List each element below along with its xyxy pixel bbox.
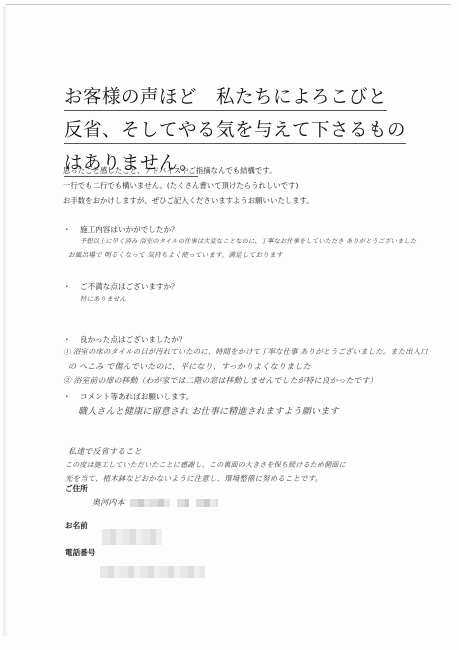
- address-value: 奥河内本: [92, 497, 125, 508]
- bullet: ・: [63, 334, 80, 345]
- handwritten-answer: お風呂場で 明るくなって 気持ちよく使っています。満足しております: [68, 249, 283, 259]
- handwritten-answer: 予想以上に早く済み 浴室のタイルの仕事は大変なことなのに、丁寧なお仕事をしていた…: [80, 236, 416, 245]
- question-comments: ・コメント等あればお願いします。: [63, 391, 193, 402]
- headline-line-2: 反省、そしてやる気を与えて下さるもの: [64, 118, 406, 144]
- bullet: ・: [63, 281, 80, 292]
- question-label: コメント等あればお願いします。: [80, 392, 193, 401]
- name-label: お名前: [65, 520, 88, 531]
- redacted-phone: [100, 566, 205, 578]
- redacted-address: [130, 499, 170, 507]
- question-complaints: ・ご不満な点はございますか？: [63, 281, 179, 292]
- headline-line-1: お客様の声ほど 私たちによろこびと: [64, 85, 387, 111]
- intro-line: お手数をおかけしますが、ぜひご記入くださいますようお願いいたします。: [63, 193, 443, 208]
- phone-label: 電話番号: [65, 547, 95, 558]
- address-label: ご住所: [65, 483, 88, 494]
- staff-note-title: 私達で反省すること: [68, 446, 142, 457]
- staff-note-line: この度は施工していただいたことに感謝し、この裏面の大きさを保ち続けるため側面に: [65, 460, 346, 470]
- handwritten-answer: ② 浴室前の扉の移動（わが家では二階の窓は移動しませんでしたが特に良かったです）: [63, 375, 378, 386]
- handwritten-answer: 職人さんと健康に留意され お仕事に精進されますよう願います: [78, 404, 339, 417]
- question-label: 良かった点はございましたか？: [80, 335, 186, 344]
- bullet: ・: [63, 224, 80, 235]
- question-good-points: ・良かった点はございましたか？: [63, 334, 186, 345]
- scan-edge-top: [6, 4, 451, 5]
- intro-line: 一行でも二行でも構いません。(たくさん書いて頂けたらうれしいです): [63, 178, 443, 193]
- redacted-address: [177, 499, 189, 507]
- handwritten-answer: 特にありません: [80, 294, 126, 303]
- question-construction: ・施工内容はいかがでしたか？: [63, 224, 179, 235]
- handwritten-answer: ① 浴室の床のタイルの目が汚れていたのに、時間をかけて丁寧な仕事 ありがとうござ…: [63, 347, 428, 357]
- intro-line: 思ったこと感じたこと、アドバイスやご指摘なんでも結構です。: [63, 163, 443, 178]
- staff-note-line: 光を当て、植木鉢などおかないように注意し、環境整備に努めることです。: [65, 473, 322, 484]
- question-label: ご不満な点はございますか？: [80, 282, 179, 291]
- scanned-questionnaire-page: お客様の声ほど 私たちによろこびと 反省、そしてやる気を与えて下さるもの はあり…: [0, 0, 459, 650]
- scan-edge-left: [3, 6, 7, 636]
- bullet: ・: [63, 391, 80, 402]
- redacted-address: [196, 499, 218, 507]
- question-label: 施工内容はいかがでしたか？: [80, 225, 179, 234]
- redacted-name: [102, 529, 162, 545]
- handwritten-answer: の へこみ で傷んでいたのに、平になり、すっかりよくなりました: [68, 361, 311, 372]
- intro-text: 思ったこと感じたこと、アドバイスやご指摘なんでも結構です。 一行でも二行でも構い…: [63, 163, 443, 208]
